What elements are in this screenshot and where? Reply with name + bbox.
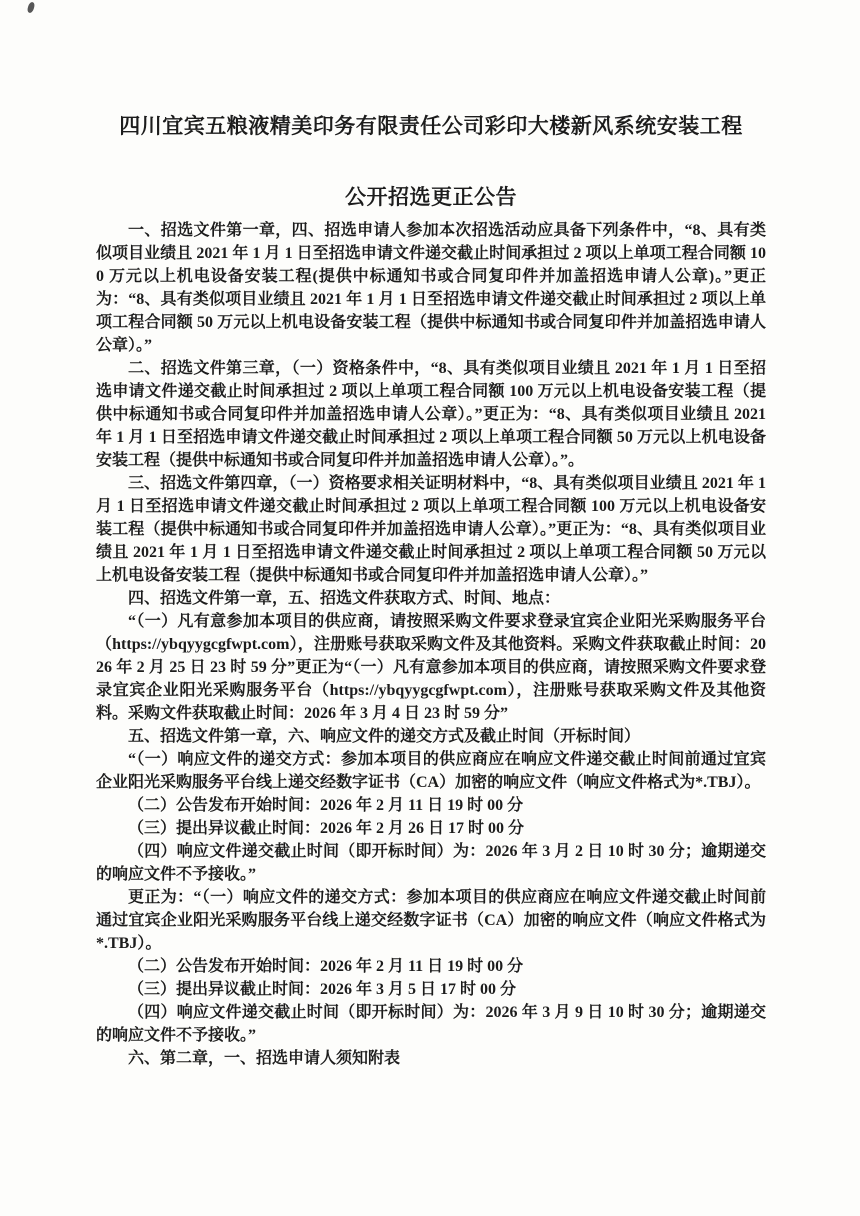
section-4-correction-body: “（一）凡有意参加本项目的供应商，请按照采购文件要求登录宜宾企业阳光采购服务平台… <box>96 610 766 725</box>
correction-section-2: 二、招选文件第三章，（一）资格条件中，“8、具有类似项目业绩且 2021 年 1… <box>96 357 766 472</box>
document-body: 一、招选文件第一章，四、招选申请人参加本次招选活动应具备下列条件中，“8、具有类… <box>96 219 766 1070</box>
scan-artifact <box>26 1 35 13</box>
section-6-heading: 六、第二章，一、招选申请人须知附表 <box>96 1047 766 1070</box>
section-4-heading: 四、招选文件第一章，五、招选文件获取方式、时间、地点： <box>96 587 766 610</box>
corrected-submission-deadline: （四）响应文件递交截止时间（即开标时间）为：2026 年 3 月 9 日 10 … <box>96 1001 766 1047</box>
correction-section-3: 三、招选文件第四章，（一）资格要求相关证明材料中，“8、具有类似项目业绩且 20… <box>96 472 766 587</box>
correction-section-1: 一、招选文件第一章，四、招选申请人参加本次招选活动应具备下列条件中，“8、具有类… <box>96 219 766 357</box>
original-submission-method: “（一）响应文件的递交方式：参加本项目的供应商应在响应文件递交截止时间前通过宜宾… <box>96 748 766 794</box>
original-submission-deadline: （四）响应文件递交截止时间（即开标时间）为：2026 年 3 月 2 日 10 … <box>96 840 766 886</box>
corrected-objection-deadline: （三）提出异议截止时间：2026 年 3 月 5 日 17 时 00 分 <box>96 978 766 1001</box>
scanned-document-page: 四川宜宾五粮液精美印务有限责任公司彩印大楼新风系统安装工程 公开招选更正公告 一… <box>0 0 860 1216</box>
original-objection-deadline: （三）提出异议截止时间：2026 年 2 月 26 日 17 时 00 分 <box>96 817 766 840</box>
document-title-line1: 四川宜宾五粮液精美印务有限责任公司彩印大楼新风系统安装工程 <box>96 91 766 162</box>
document-content: 四川宜宾五粮液精美印务有限责任公司彩印大楼新风系统安装工程 公开招选更正公告 一… <box>96 0 766 1070</box>
corrected-announce-start-time: （二）公告发布开始时间：2026 年 2 月 11 日 19 时 00 分 <box>96 955 766 978</box>
original-announce-start-time: （二）公告发布开始时间：2026 年 2 月 11 日 19 时 00 分 <box>96 794 766 817</box>
section-5-heading: 五、招选文件第一章，六、响应文件的递交方式及截止时间（开标时间） <box>96 725 766 748</box>
document-title: 四川宜宾五粮液精美印务有限责任公司彩印大楼新风系统安装工程 公开招选更正公告 <box>96 91 766 233</box>
corrected-submission-method: 更正为：“（一）响应文件的递交方式：参加本项目的供应商应在响应文件递交截止时间前… <box>96 886 766 955</box>
